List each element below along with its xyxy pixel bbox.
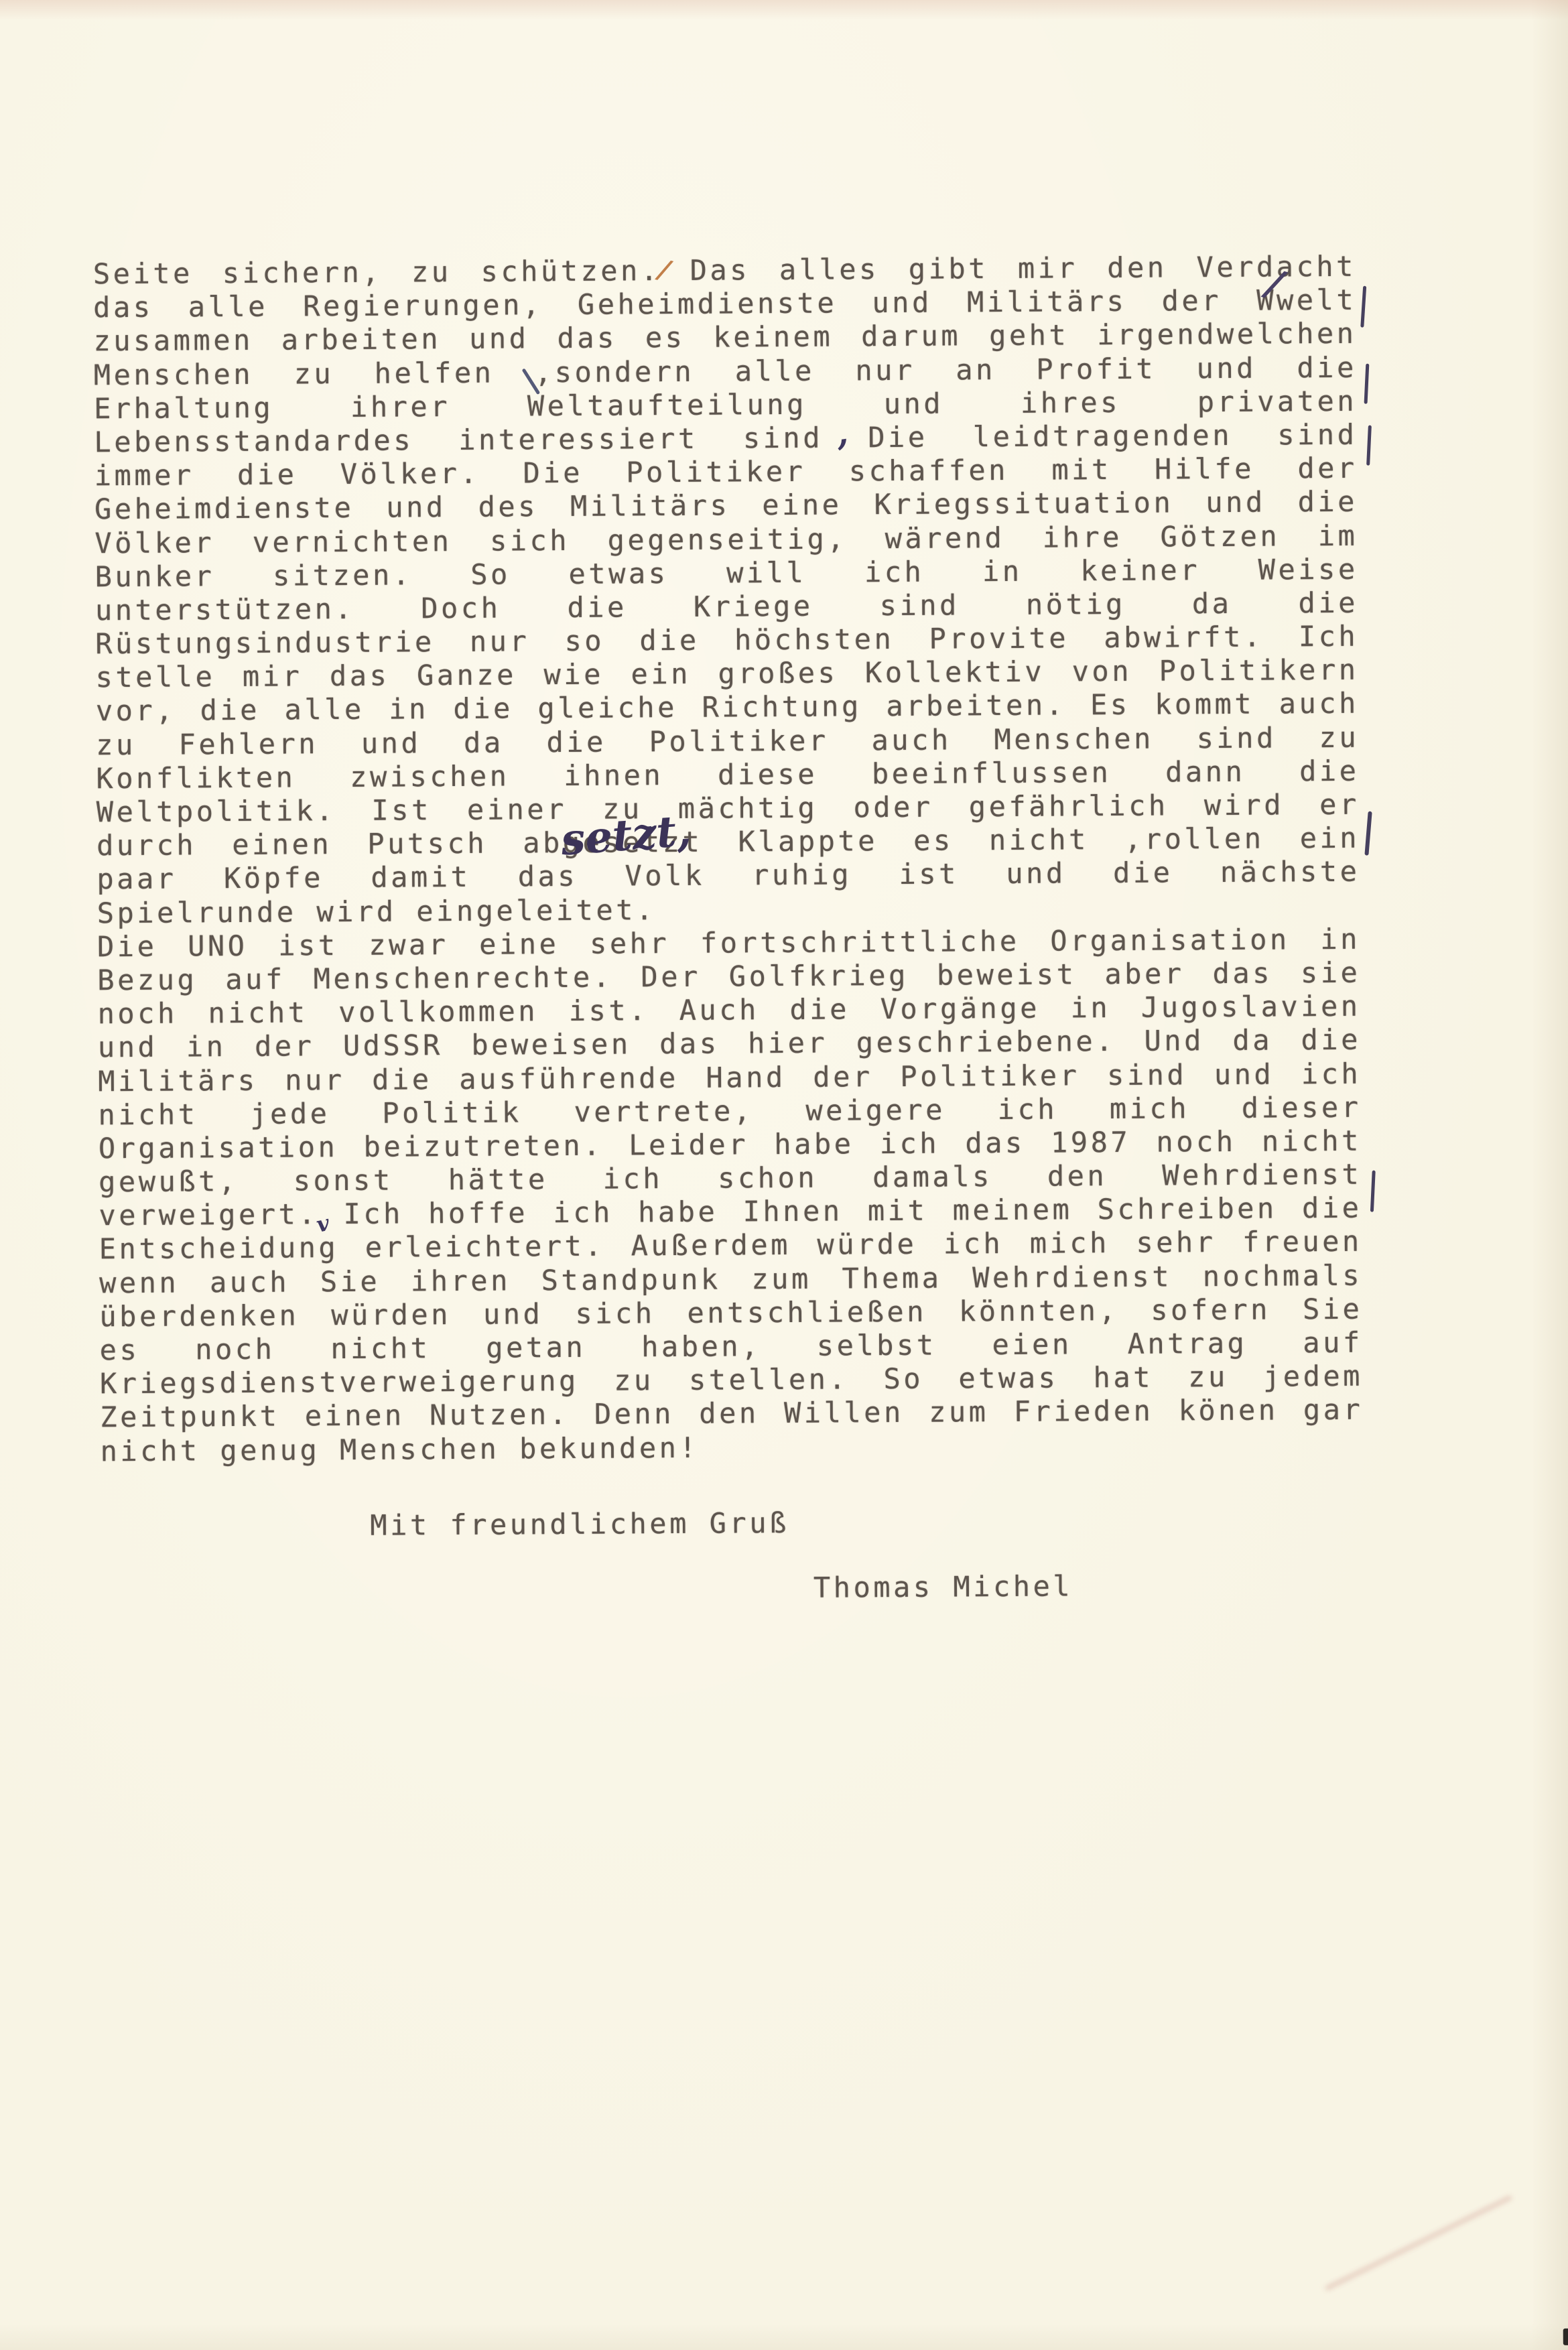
letter-signature: Thomas Michel <box>813 1569 1073 1604</box>
pen-margin-stroke <box>1360 286 1366 328</box>
pen-margin-stroke <box>1370 1171 1376 1212</box>
pen-margin-stroke <box>1364 364 1370 404</box>
letter-closing: Mit freundlichem Gruß <box>370 1506 789 1542</box>
letter-body: Seite sichern, zu schützen. Das alles gi… <box>93 250 1364 1468</box>
paper-crease <box>1325 2195 1512 2291</box>
pen-margin-stroke <box>1364 811 1372 856</box>
scan-area: Seite sichern, zu schützen. Das alles gi… <box>0 0 1568 2350</box>
letter-line: nicht genug Menschen bekunden! <box>100 1427 1363 1468</box>
letter-page: Seite sichern, zu schützen. Das alles gi… <box>0 0 1568 2350</box>
scan-edge-mark <box>1563 2329 1568 2345</box>
pen-margin-stroke <box>1366 426 1372 466</box>
